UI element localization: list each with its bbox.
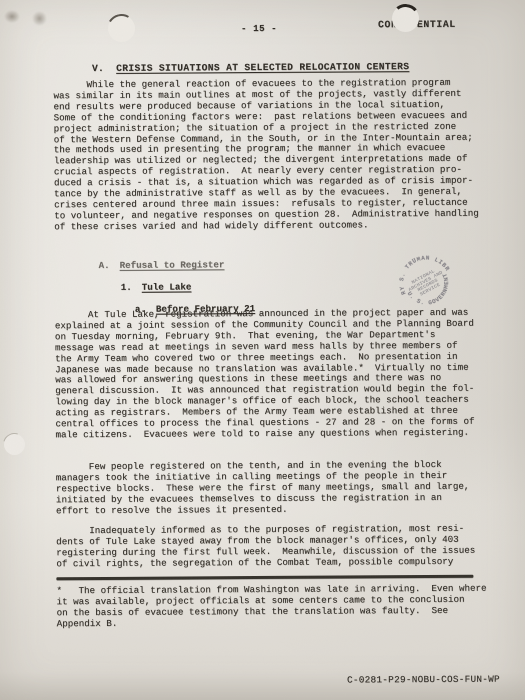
- scan-smudge: [4, 10, 20, 23]
- hole-punch-icon: [392, 5, 419, 32]
- subheading-label: 1.: [121, 282, 132, 293]
- subheading-title: Tule Lake: [142, 281, 192, 292]
- hole-punch-icon: [4, 434, 25, 455]
- paragraph-block-managers: Few people registered on the tenth, and …: [56, 460, 470, 517]
- paragraph-inadequately-informed: Inadequately informed as to the purposes…: [56, 524, 475, 570]
- hole-punch-icon: [108, 15, 135, 42]
- document-code: C-0281-P29-NOBU-COS-FUN-WP: [347, 675, 500, 687]
- text-line: male citizens. Evacuees were told to rai…: [55, 428, 474, 441]
- text-line: of these crises varied and had widely di…: [54, 219, 479, 232]
- footnote: * The official translation from Washingt…: [56, 584, 486, 630]
- subheading-label: A.: [99, 260, 110, 271]
- page-number: - 15 -: [241, 24, 277, 35]
- section-title: CRISIS SITUATIONS AT SELECTED RELOCATION…: [116, 61, 409, 74]
- scanned-document-page: - 15 - CONFIDENTIAL V.CRISIS SITUATIONS …: [0, 0, 525, 700]
- text-line: of civil rights, the segregation of the …: [56, 556, 475, 569]
- document-content: - 15 - CONFIDENTIAL V.CRISIS SITUATIONS …: [0, 0, 525, 700]
- section-number: V.: [92, 63, 104, 74]
- footnote-rule: [56, 575, 473, 580]
- paragraph-tule-lake-announcement: At Tule Lake, registration was announced…: [55, 308, 475, 441]
- subheading-title: Refusal to Register: [120, 259, 225, 271]
- text-line: effort to resolve the issues it presente…: [56, 503, 470, 516]
- scan-smudge: [32, 11, 47, 26]
- paragraph-overview: While the general reaction of evacuees t…: [53, 78, 478, 233]
